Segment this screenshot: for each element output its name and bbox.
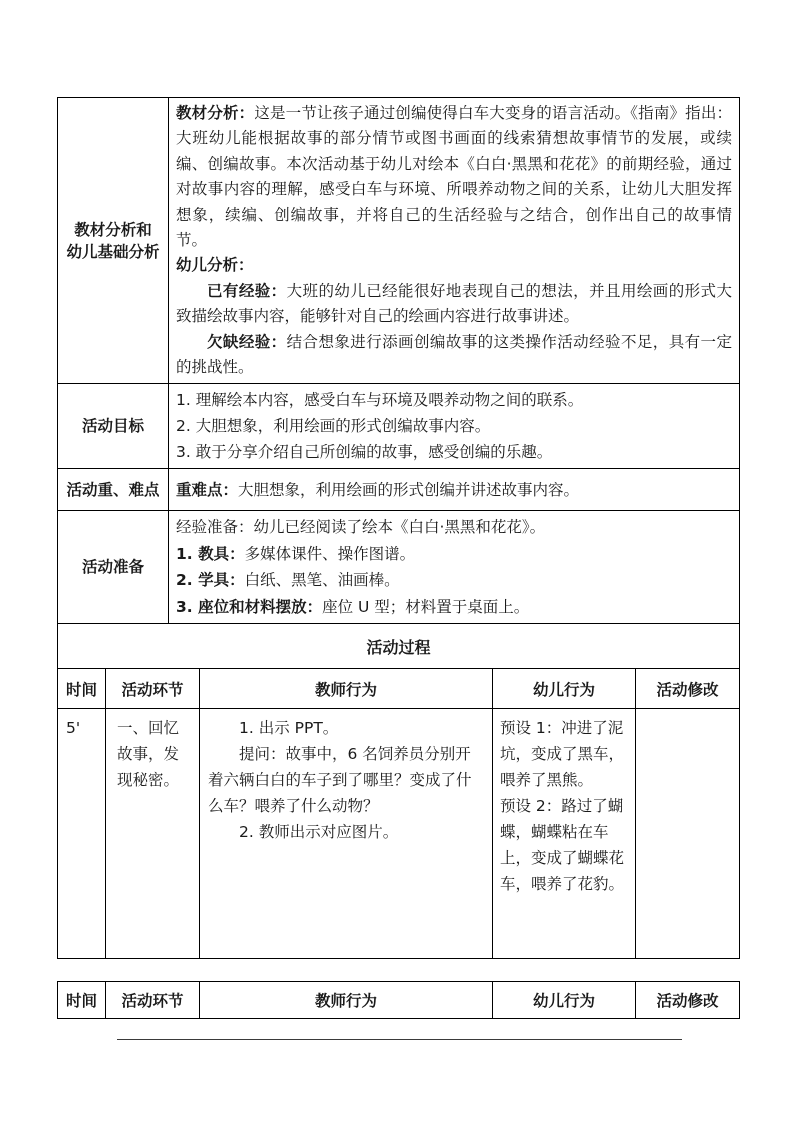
teacher-actions: 1. 出示 PPT。 提问：故事中，6 名饲养员分别开着六辆白白的车子到了哪里？… bbox=[200, 709, 493, 959]
children-analysis-heading: 幼儿分析： bbox=[176, 256, 254, 274]
preparation-item-1-heading: 1. 教具： bbox=[176, 545, 245, 563]
time-value: 5' bbox=[58, 709, 106, 959]
existing-experience-paragraph: 已有经验：大班的幼儿已经能很好地表现自己的想法，并且用绘画的形式大致描绘故事内容… bbox=[176, 279, 732, 330]
material-analysis-text: 这是一节让孩子通过创编使得白车大变身的语言活动。《指南》指出：大班幼儿能根据故事… bbox=[176, 104, 732, 249]
header-time: 时间 bbox=[58, 669, 106, 709]
key-points-label: 活动重、难点 bbox=[58, 469, 169, 511]
children-response-1: 预设 1：冲进了泥坑，变成了黑车，喂养了黑熊。 bbox=[500, 715, 628, 793]
revision-empty-cell bbox=[636, 709, 740, 959]
key-points-row: 活动重、难点 重难点：大胆想象，利用绘画的形式创编并讲述故事内容。 bbox=[58, 469, 740, 511]
header-children: 幼儿行为 bbox=[493, 669, 636, 709]
document-page: 教材分析和 幼儿基础分析 教材分析：这是一节让孩子通过创编使得白车大变身的语言活… bbox=[0, 0, 794, 1123]
preparation-item-2-heading: 2. 学具： bbox=[176, 571, 245, 589]
analysis-label: 教材分析和 幼儿基础分析 bbox=[58, 98, 169, 384]
children-analysis-heading-line: 幼儿分析： bbox=[176, 253, 732, 278]
process-header-row: 时间 活动环节 教师行为 幼儿行为 活动修改 bbox=[58, 669, 740, 709]
teacher-action-2: 2. 教师出示对应图片。 bbox=[208, 819, 484, 845]
teacher-action-1: 1. 出示 PPT。 bbox=[208, 715, 484, 741]
material-analysis-heading: 教材分析： bbox=[176, 104, 254, 122]
lacking-experience-heading: 欠缺经验： bbox=[207, 333, 287, 351]
goal-item-2: 2. 大胆想象，利用绘画的形式创编故事内容。 bbox=[176, 413, 732, 439]
stage-value: 一、回忆故事，发现秘密。 bbox=[106, 709, 200, 959]
preparation-item-1: 1. 教具：多媒体课件、操作图谱。 bbox=[176, 541, 732, 568]
preparation-label: 活动准备 bbox=[58, 511, 169, 624]
children-response-2: 预设 2：路过了蝴蝶，蝴蝶粘在车上，变成了蝴蝶花车，喂养了花豹。 bbox=[500, 793, 628, 897]
material-analysis-paragraph: 教材分析：这是一节让孩子通过创编使得白车大变身的语言活动。《指南》指出：大班幼儿… bbox=[176, 101, 732, 253]
process-table-continued: 时间 活动环节 教师行为 幼儿行为 活动修改 bbox=[57, 981, 740, 1019]
goal-item-3: 3. 敢于分享介绍自己所创编的故事，感受创编的乐趣。 bbox=[176, 439, 732, 465]
preparation-row: 活动准备 经验准备：幼儿已经阅读了绘本《白白·黑黑和花花》。 1. 教具：多媒体… bbox=[58, 511, 740, 624]
goals-label: 活动目标 bbox=[58, 384, 169, 469]
header-stage: 活动环节 bbox=[106, 669, 200, 709]
preparation-item-1-text: 多媒体课件、操作图谱。 bbox=[245, 545, 416, 563]
analysis-label-line2: 幼儿基础分析 bbox=[58, 241, 168, 263]
header-revision: 活动修改 bbox=[636, 669, 740, 709]
preparation-item-2: 2. 学具：白纸、黑笔、油画棒。 bbox=[176, 567, 732, 594]
analysis-content: 教材分析：这是一节让孩子通过创编使得白车大变身的语言活动。《指南》指出：大班幼儿… bbox=[169, 98, 740, 384]
header-teacher-2: 教师行为 bbox=[200, 982, 493, 1019]
key-points-heading: 重难点： bbox=[176, 481, 238, 499]
preparation-item-3-text: 座位 U 型；材料置于桌面上。 bbox=[322, 598, 529, 616]
analysis-label-line1: 教材分析和 bbox=[58, 219, 168, 241]
process-title-row: 活动过程 bbox=[58, 624, 740, 669]
teacher-action-question: 提问：故事中，6 名饲养员分别开着六辆白白的车子到了哪里？变成了什么车？喂养了什… bbox=[208, 741, 484, 819]
header-children-2: 幼儿行为 bbox=[493, 982, 636, 1019]
key-points-text: 大胆想象，利用绘画的形式创编并讲述故事内容。 bbox=[238, 481, 579, 499]
process-header-row-continued: 时间 活动环节 教师行为 幼儿行为 活动修改 bbox=[58, 982, 740, 1019]
analysis-row: 教材分析和 幼儿基础分析 教材分析：这是一节让孩子通过创编使得白车大变身的语言活… bbox=[58, 98, 740, 384]
header-stage-2: 活动环节 bbox=[106, 982, 200, 1019]
header-teacher: 教师行为 bbox=[200, 669, 493, 709]
goals-row: 活动目标 1. 理解绘本内容，感受白车与环境及喂养动物之间的联系。 2. 大胆想… bbox=[58, 384, 740, 469]
process-data-row: 5' 一、回忆故事，发现秘密。 1. 出示 PPT。 提问：故事中，6 名饲养员… bbox=[58, 709, 740, 959]
children-responses: 预设 1：冲进了泥坑，变成了黑车，喂养了黑熊。 预设 2：路过了蝴蝶，蝴蝶粘在车… bbox=[493, 709, 636, 959]
footnote-separator-line bbox=[117, 1039, 682, 1040]
goals-content: 1. 理解绘本内容，感受白车与环境及喂养动物之间的联系。 2. 大胆想象，利用绘… bbox=[169, 384, 740, 469]
key-points-paragraph: 重难点：大胆想象，利用绘画的形式创编并讲述故事内容。 bbox=[176, 477, 732, 503]
preparation-item-3-heading: 3. 座位和材料摆放： bbox=[176, 598, 322, 616]
lesson-plan-tables: 教材分析和 幼儿基础分析 教材分析：这是一节让孩子通过创编使得白车大变身的语言活… bbox=[57, 97, 739, 1019]
preparation-content: 经验准备：幼儿已经阅读了绘本《白白·黑黑和花花》。 1. 教具：多媒体课件、操作… bbox=[169, 511, 740, 624]
header-time-2: 时间 bbox=[58, 982, 106, 1019]
key-points-content: 重难点：大胆想象，利用绘画的形式创编并讲述故事内容。 bbox=[169, 469, 740, 511]
lacking-experience-paragraph: 欠缺经验：结合想象进行添画创编故事的这类操作活动经验不足，具有一定的挑战性。 bbox=[176, 330, 732, 381]
process-table: 时间 活动环节 教师行为 幼儿行为 活动修改 5' 一、回忆故事，发现秘密。 1… bbox=[57, 668, 740, 959]
preparation-line-1: 经验准备：幼儿已经阅读了绘本《白白·黑黑和花花》。 bbox=[176, 514, 732, 541]
preparation-item-3: 3. 座位和材料摆放：座位 U 型；材料置于桌面上。 bbox=[176, 594, 732, 621]
existing-experience-heading: 已有经验： bbox=[207, 282, 287, 300]
preparation-item-2-text: 白纸、黑笔、油画棒。 bbox=[245, 571, 400, 589]
process-title: 活动过程 bbox=[58, 624, 740, 669]
header-revision-2: 活动修改 bbox=[636, 982, 740, 1019]
goal-item-1: 1. 理解绘本内容，感受白车与环境及喂养动物之间的联系。 bbox=[176, 387, 732, 413]
overview-table: 教材分析和 幼儿基础分析 教材分析：这是一节让孩子通过创编使得白车大变身的语言活… bbox=[57, 97, 740, 669]
